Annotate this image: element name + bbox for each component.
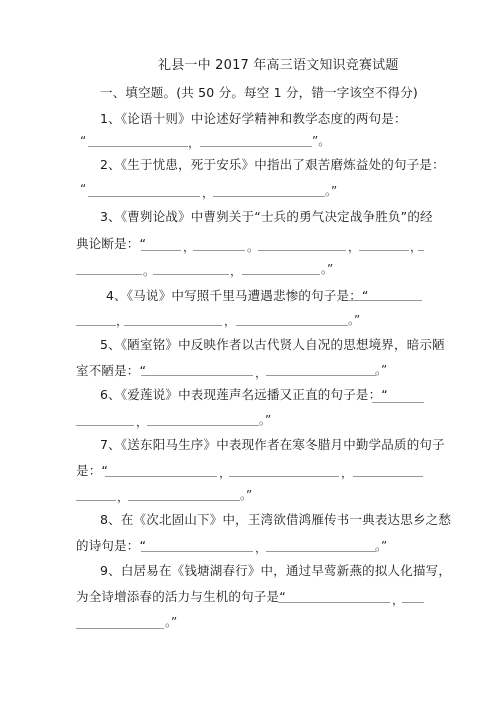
comma: ，: [410, 240, 422, 254]
question-4-blank-1-start[interactable]: [348, 300, 422, 301]
close-quote: 。”: [348, 313, 360, 327]
question-3-blank-6[interactable]: [153, 274, 229, 275]
question-9-blank-2-start[interactable]: [402, 602, 424, 603]
close-quote: 。”: [325, 184, 337, 198]
comma: ，: [230, 264, 242, 278]
question-9-blank-1[interactable]: [278, 602, 390, 603]
question-7-text-line-2: 是：“: [76, 463, 108, 479]
question-3-blank-2[interactable]: [193, 250, 245, 251]
comma: ，: [392, 593, 404, 607]
close-quote: 。”: [240, 488, 252, 502]
question-3-blank-5[interactable]: [76, 274, 142, 275]
close-quote: 。”: [165, 615, 177, 629]
question-3-blank-5-start[interactable]: [418, 250, 424, 251]
comma: ，: [255, 541, 267, 555]
question-2-blank-1[interactable]: [88, 196, 200, 197]
section-heading: 一、填空题。(共 50 分。每空 1 分，错一字该空不得分): [100, 85, 418, 101]
question-7-blank-4[interactable]: [128, 500, 240, 501]
document-title: 礼县一中 2017 年高三语文知识竞赛试题: [158, 58, 399, 74]
question-6-text: 6、《爱莲说》中表现莲声名远播又正直的句子是：“: [100, 387, 388, 403]
question-2-text: 2、《生于忧患，死于安乐》中指出了艰苦磨炼益处的句子是：: [100, 157, 445, 173]
comma: ，: [219, 466, 231, 480]
question-8-text-line-1: 8、在《次北固山下》中，王湾欲借鸿雁传书一典表达思乡之愁: [100, 512, 451, 528]
question-6-blank-1[interactable]: [76, 425, 134, 426]
question-9-blank-2[interactable]: [76, 628, 164, 629]
question-3-text-line-1: 3、《曹刿论战》中曹刿关于“士兵的勇气决定战争胜负”的经: [100, 209, 433, 225]
question-5-text-line-2: 室不陋是：“: [76, 363, 146, 379]
comma: ，: [136, 415, 148, 429]
open-quote: “: [80, 182, 86, 196]
comma: ，: [341, 466, 353, 480]
question-3-text-line-2: 典论断是：“: [76, 236, 146, 252]
period: 。: [143, 264, 155, 278]
comma: ，: [224, 314, 236, 328]
question-3-blank-1[interactable]: [141, 250, 181, 251]
question-1-blank-1[interactable]: [88, 146, 188, 147]
question-5-blank-1[interactable]: [141, 375, 253, 376]
close-quote: 。”: [321, 262, 333, 276]
question-5-text-line-1: 5、《陋室铭》中反映作者以古代贤人自况的思想境界，暗示陋: [100, 337, 445, 353]
question-4-blank-1[interactable]: [76, 325, 116, 326]
close-quote: ”。: [312, 134, 330, 148]
question-2-blank-2[interactable]: [213, 196, 325, 197]
question-4-blank-2[interactable]: [124, 325, 222, 326]
question-4-blank-3[interactable]: [236, 325, 348, 326]
question-3-blank-4[interactable]: [359, 250, 409, 251]
question-8-text-line-2: 的诗句是：“: [76, 538, 146, 554]
question-7-blank-2[interactable]: [229, 476, 339, 477]
question-3-blank-3[interactable]: [258, 250, 346, 251]
question-8-blank-1[interactable]: [141, 551, 253, 552]
comma: ，: [188, 136, 200, 150]
comma: ，: [117, 490, 129, 504]
comma: ，: [255, 366, 267, 380]
question-7-text-line-1: 7、《送东阳马生序》中表现作者在寒冬腊月中勤学品质的句子: [100, 437, 445, 453]
question-6-blank-1-start[interactable]: [372, 402, 424, 403]
question-7-blank-1[interactable]: [105, 476, 217, 477]
open-quote: “: [80, 134, 86, 148]
question-7-blank-3-start[interactable]: [353, 476, 423, 477]
question-6-blank-2[interactable]: [147, 425, 259, 426]
close-quote: 。”: [259, 413, 271, 427]
comma: ，: [183, 240, 195, 254]
period: 。: [247, 240, 259, 254]
document-page: 礼县一中 2017 年高三语文知识竞赛试题 一、填空题。(共 50 分。每空 1…: [0, 0, 500, 708]
close-quote: 。”: [375, 539, 387, 553]
question-3-blank-7[interactable]: [242, 274, 320, 275]
question-1-blank-2[interactable]: [200, 146, 312, 147]
question-5-blank-2[interactable]: [266, 375, 376, 376]
question-8-blank-2[interactable]: [266, 551, 376, 552]
question-9-text-line-2: 为全诗增添春的活力与生机的句子是“: [76, 589, 286, 605]
question-9-text-line-1: 9、白居易在《钱塘湖春行》中，通过早莺新燕的拟人化描写，: [100, 563, 451, 579]
comma: ，: [202, 186, 214, 200]
comma: ，: [348, 240, 360, 254]
question-7-blank-3[interactable]: [76, 500, 116, 501]
close-quote: 。”: [375, 363, 387, 377]
question-1-text: 1、《论语十则》中论述好学精神和教学态度的两句是：: [100, 111, 407, 127]
question-4-text: 4、《马说》中写照千里马遭遇悲惨的句子是：“: [106, 288, 369, 304]
